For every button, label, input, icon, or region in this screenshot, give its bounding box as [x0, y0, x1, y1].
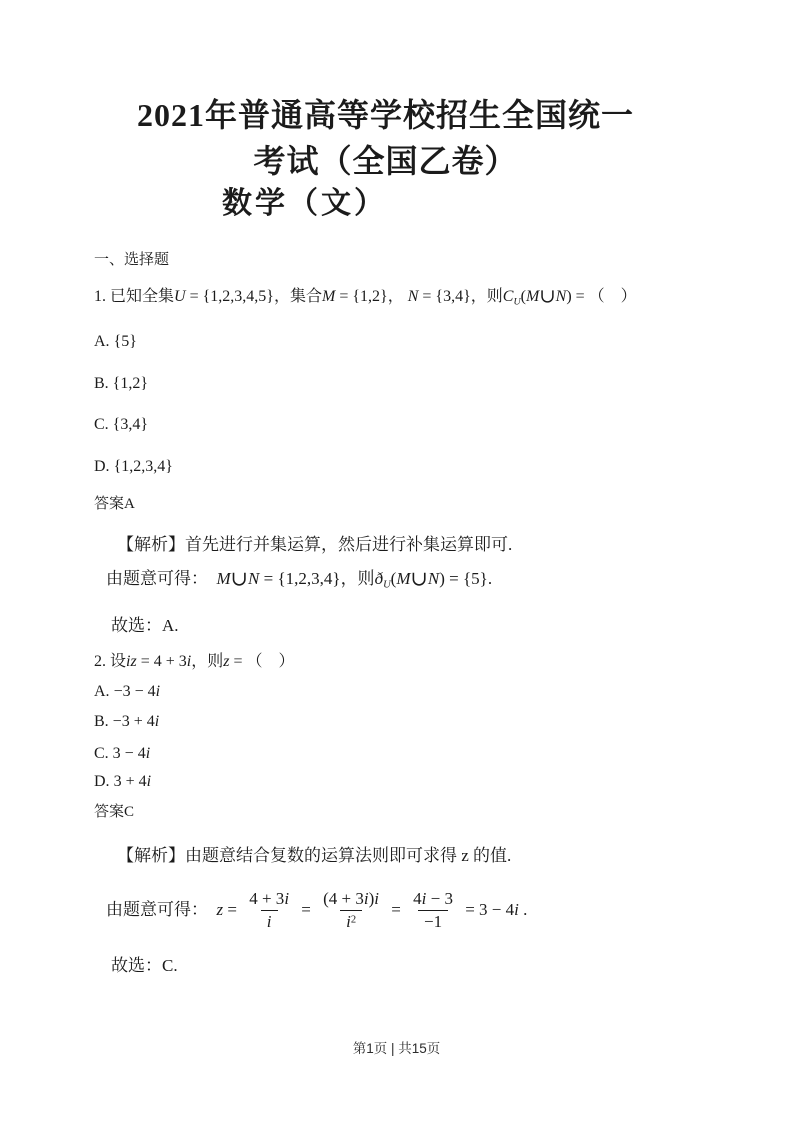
math-token: ∪: [231, 569, 248, 591]
math-token: M: [217, 569, 231, 588]
math-token: M: [526, 288, 539, 305]
math-token: 由题意可得：: [106, 569, 208, 588]
math-token: U: [174, 288, 186, 305]
math-token: D.: [94, 773, 114, 790]
exam-title-line-2: 考试（全国乙卷）: [0, 138, 771, 184]
math-token: {5}: [463, 569, 488, 588]
math-token: ，则: [191, 653, 223, 670]
math-token: B.: [94, 375, 113, 392]
subject-title: 数学（文）: [222, 186, 387, 222]
fraction: (4 + 3i)ii2: [317, 889, 385, 933]
math-token: U: [383, 580, 391, 591]
math-token: −3 − 4: [114, 683, 156, 700]
math-token: i: [147, 773, 151, 790]
math-token: M: [322, 288, 335, 305]
math-token: （ ）: [246, 653, 294, 670]
section-heading: 一、选择题: [94, 250, 169, 270]
math-token: i: [155, 713, 159, 730]
math-token: i: [284, 889, 289, 908]
math-token: C.: [94, 745, 113, 762]
math-token: .: [519, 899, 528, 922]
math-token: {5}: [114, 333, 137, 350]
math-token: z: [217, 899, 224, 922]
math-token: 已知全集: [110, 288, 174, 305]
exam-title-line-1: 2021年普通高等学校招生全国统一: [0, 92, 771, 138]
math-token: {1,2,3,4,5}: [203, 288, 274, 305]
math-token: −3 + 4: [113, 713, 155, 730]
math-token: C.: [94, 416, 113, 433]
question-1-option-a: A. {5}: [94, 331, 137, 353]
math-token: N: [428, 569, 439, 588]
math-token: i: [267, 912, 272, 931]
question-2-option-c: C. 3 − 4i: [94, 743, 150, 765]
math-token: =: [229, 653, 246, 670]
math-token: − 3: [426, 889, 453, 908]
fraction-numerator: 4 + 3i: [243, 889, 295, 910]
question-1-analysis: 【解析】首先进行并集运算，然后进行补集运算即可.: [117, 534, 512, 557]
math-token: {1,2,3,4}: [114, 458, 173, 475]
math-token: N: [248, 569, 259, 588]
exam-title: 2021年普通高等学校招生全国统一 考试（全国乙卷）: [0, 92, 793, 184]
math-token: −1: [424, 912, 442, 931]
math-token: {1,2}: [352, 288, 387, 305]
math-token: i: [146, 745, 150, 762]
math-token: 设: [110, 653, 126, 670]
math-token: C: [503, 288, 514, 305]
math-token: A.: [94, 683, 114, 700]
math-token: U: [513, 296, 520, 307]
math-token: {3,4}: [435, 288, 470, 305]
math-token: =: [297, 899, 315, 922]
math-token: {3,4}: [113, 416, 148, 433]
math-token: =: [335, 288, 352, 305]
question-2-stem: 2. 设iz = 4 + 3i，则z = （ ）: [94, 651, 294, 673]
question-2-derivation: 由题意可得： z = 4 + 3ii = (4 + 3i)ii2 = 4i − …: [106, 889, 527, 933]
question-1-stem: 1. 已知全集U = {1,2,3,4,5}，集合M = {1,2}， N = …: [94, 286, 637, 309]
fraction-numerator: (4 + 3i)i: [317, 889, 385, 910]
math-token: ∪: [539, 287, 555, 308]
question-1-answer: 答案A: [94, 494, 135, 514]
math-token: A.: [94, 333, 114, 350]
question-2-option-b: B. −3 + 4i: [94, 711, 159, 733]
question-2-option-a: A. −3 − 4i: [94, 681, 160, 703]
math-token: [208, 569, 217, 588]
math-token: i: [374, 889, 379, 908]
math-token: =: [186, 288, 203, 305]
fraction-denominator: −1: [418, 910, 448, 932]
math-token: =: [259, 569, 277, 588]
fraction-denominator: i: [261, 910, 278, 932]
question-2-analysis: 【解析】由题意结合复数的运算法则即可求得 z 的值.: [117, 845, 511, 868]
math-token: 4 + 3: [249, 889, 284, 908]
math-token: .: [488, 569, 492, 588]
document-page: 2021年普通高等学校招生全国统一 考试（全国乙卷） 数学（文） 一、选择题 1…: [0, 0, 793, 1122]
math-token: B.: [94, 713, 113, 730]
math-token: 3 − 4: [113, 745, 146, 762]
fraction: 4 + 3ii: [243, 889, 295, 933]
math-token: ) =: [439, 569, 463, 588]
math-token: ，: [388, 288, 408, 305]
question-1-derivation: 由题意可得： M∪N = {1,2,3,4}，则ðU(M∪N) = {5}.: [106, 568, 492, 593]
math-token: = 4 + 3: [137, 653, 187, 670]
question-1-option-d: D. {1,2,3,4}: [94, 456, 173, 478]
math-token: =: [418, 288, 435, 305]
question-2-answer: 答案C: [94, 802, 134, 822]
math-token: {1,2,3,4}: [277, 569, 340, 588]
math-token: 由题意可得：: [106, 899, 208, 922]
math-token: ∪: [411, 569, 428, 591]
question-2-conclusion: 故选：C.: [111, 955, 178, 978]
question-1-option-b: B. {1,2}: [94, 373, 148, 395]
math-token: [208, 899, 217, 922]
math-token: N: [556, 288, 567, 305]
math-token: ，则: [471, 288, 503, 305]
math-token: 2.: [94, 653, 110, 670]
question-1-conclusion: 故选：A.: [111, 615, 179, 638]
math-token: ) =: [566, 288, 588, 305]
math-token: =: [387, 899, 405, 922]
question-2-option-d: D. 3 + 4i: [94, 771, 151, 793]
fraction-denominator: i2: [340, 910, 362, 932]
math-token: ，则: [341, 569, 375, 588]
math-token: iz: [126, 653, 137, 670]
math-token: {1,2}: [113, 375, 148, 392]
page-number-indicator: 第1页 | 共15页: [0, 1037, 793, 1057]
math-token: = 3 − 4: [461, 899, 514, 922]
math-token: ，集合: [274, 288, 322, 305]
math-token: （ ）: [589, 288, 637, 305]
math-token: 4: [413, 889, 422, 908]
math-token: ð: [375, 569, 384, 588]
math-token: M: [396, 569, 410, 588]
fraction: 4i − 3−1: [407, 889, 459, 933]
math-token: N: [408, 288, 419, 305]
fraction-numerator: 4i − 3: [407, 889, 459, 910]
math-token: (4 + 3: [323, 889, 364, 908]
math-token: 2: [351, 915, 356, 926]
math-token: =: [223, 899, 241, 922]
math-token: D.: [94, 458, 114, 475]
math-token: 1.: [94, 288, 110, 305]
question-1-option-c: C. {3,4}: [94, 414, 148, 436]
math-token: 3 + 4: [114, 773, 147, 790]
math-token: i: [156, 683, 160, 700]
